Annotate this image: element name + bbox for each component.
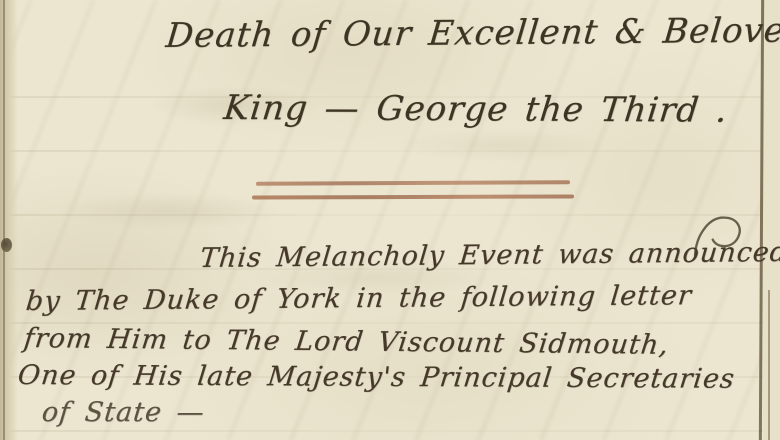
body-line-5: of State — — [40, 397, 206, 428]
pen-flourish-icon — [689, 208, 754, 270]
heading-line-1: Death of Our Excellent & Beloved — [164, 10, 780, 56]
divider-rule-top — [256, 180, 570, 185]
heading-line-2: King — George the Third . — [222, 88, 730, 131]
page-binding-crease — [3, 0, 5, 440]
ruled-line — [0, 214, 780, 216]
double-rule-divider — [252, 181, 574, 201]
next-page-sliver — [763, 0, 780, 440]
divider-rule-bottom — [252, 194, 574, 199]
binding-hole — [1, 238, 12, 252]
manuscript-page: Death of Our Excellent & Beloved King — … — [0, 0, 780, 440]
ruled-line — [0, 430, 780, 432]
ruled-line — [0, 150, 780, 152]
page-edge-line-secondary — [768, 290, 770, 440]
body-line-2: by The Duke of York in the following let… — [25, 280, 694, 317]
body-line-4: One of His late Majesty's Principal Secr… — [16, 360, 736, 395]
